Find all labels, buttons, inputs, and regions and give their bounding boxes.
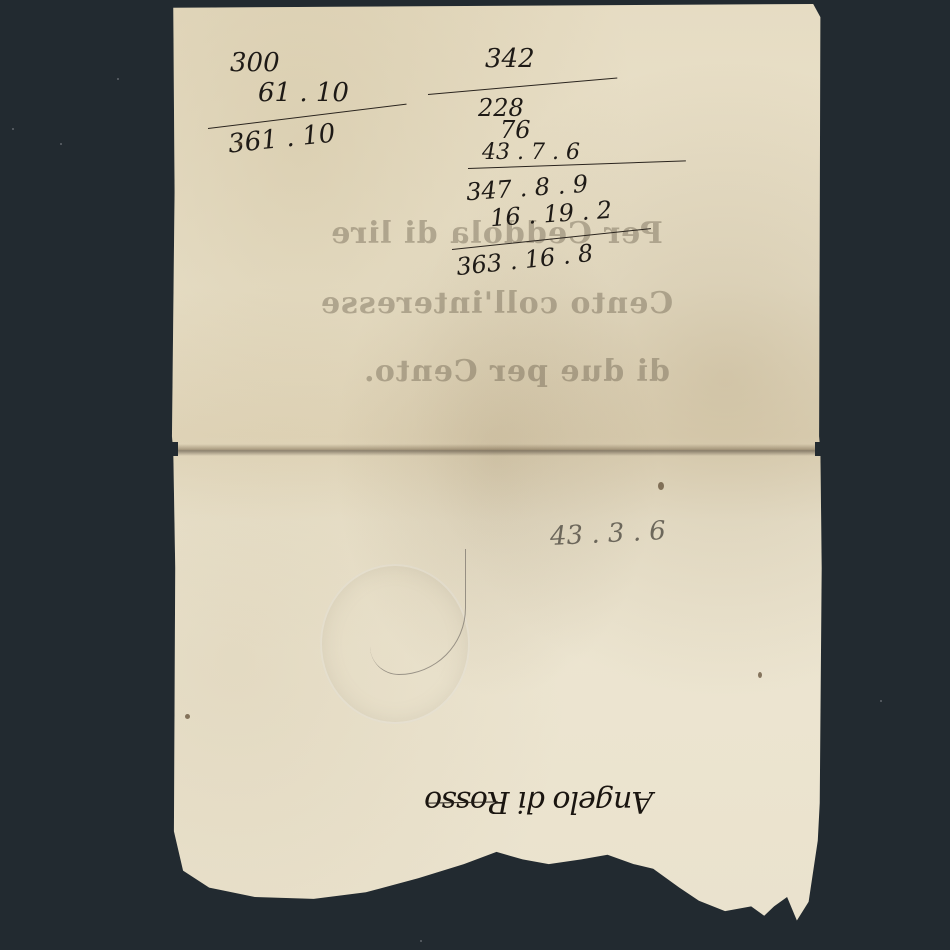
fold-notch-right <box>815 442 825 456</box>
stain-spot <box>658 482 664 490</box>
horizontal-fold-crease <box>170 444 823 456</box>
lower-pencil-note: 43 . 3 . 6 <box>549 516 666 552</box>
bleed-through-line-3: di due per Cento. <box>210 354 823 389</box>
calc-left-line-1: 300 <box>230 48 280 78</box>
stain-spot <box>185 714 190 719</box>
background-speck <box>117 78 119 80</box>
background-speck <box>12 128 14 130</box>
background-speck <box>880 700 882 702</box>
fold-notch-left <box>168 442 178 456</box>
bleed-through-line-2: Cento coll'interesse <box>170 286 823 321</box>
calc-right-line-3: 43 . 7 . 6 <box>482 140 580 165</box>
background-speck <box>60 143 62 145</box>
paper-note: Per Ceddola di lire Cento coll'interesse… <box>170 4 823 944</box>
stain-spot <box>758 672 762 678</box>
calc-right-header: 342 <box>485 44 535 74</box>
calc-left-line-2: 61 . 10 <box>258 78 349 108</box>
stain-spot <box>238 142 242 146</box>
